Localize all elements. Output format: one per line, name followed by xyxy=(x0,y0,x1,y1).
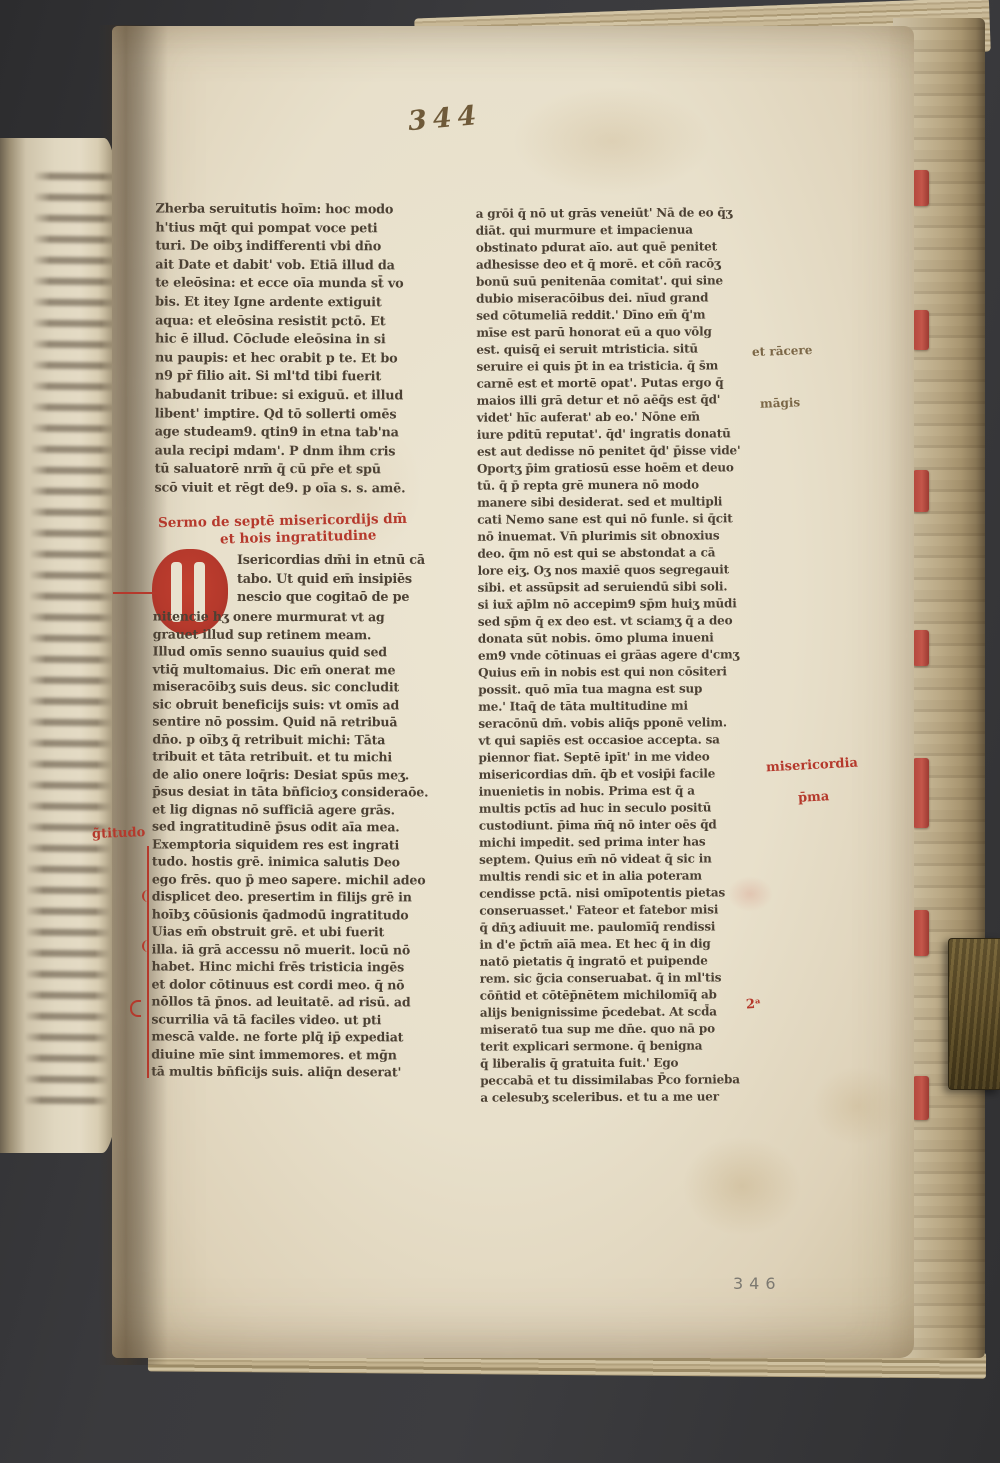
text-line: q̄ dn̄ʒ adiuuit me. paulomīq̄ rendissi xyxy=(479,918,751,936)
text-line: a grōi q̄ nō ut grās veneiūt' Nā de eo q… xyxy=(476,204,748,222)
text-line: bonū suū penitenāa comitat'. qui sine xyxy=(476,272,748,290)
text-line: habudanit tribue: si exiguū. et illud xyxy=(155,386,430,406)
margin-red-hook xyxy=(142,890,152,902)
text-line: peccabā et tu dissimilabas P̄co fornieba xyxy=(480,1071,752,1089)
text-line: cendisse pctā. nisi omīpotentis pietas xyxy=(479,884,751,902)
text-line: custodiunt. p̄ima m̄q̄ nō inter oēs q̄d xyxy=(479,816,751,834)
text-line: inuenietis in nobis. Prima est q̄ a xyxy=(479,782,751,800)
text-line: Uias em̄ obstruit grē. et ubi fuerit xyxy=(152,923,432,941)
text-line: nō inuemat. Vn̄ plurimis sit obnoxius xyxy=(477,527,749,545)
text-line: hoībʒ cōūsionis q̄admodū ingratitudo xyxy=(152,905,432,923)
text-line: mescā valde. ne forte plq̄ ip̄ expediat xyxy=(151,1028,431,1046)
text-line: nescio que cogitaō de pe xyxy=(237,589,432,608)
text-line: turi. De oibʒ indifferenti vbi dn̄o xyxy=(155,238,430,258)
text-line: grauet illud sup retinem meam. xyxy=(153,625,433,643)
text-line: mīse est parū honorat eū a quo vōlg xyxy=(476,323,748,341)
text-line: sed sp̄m q̄ ex deo est. vt sciamʒ q̄ a d… xyxy=(478,612,750,630)
text-line: scurrilia vā tā faciles video. ut pti xyxy=(151,1010,431,1028)
text-line: michi impedit. sed prima inter has xyxy=(479,833,751,851)
bookmark-tab xyxy=(913,910,929,956)
text-line: iure pditū reputat'. q̄d' ingratis donat… xyxy=(477,425,749,443)
text-line: obstinato pdurat aīo. aut quē penitet xyxy=(476,238,748,256)
text-line: de alio onere loq̄ris: Desiat spūs meʒ. xyxy=(152,765,432,783)
stain xyxy=(682,1136,802,1236)
margin-note-magis: māgis xyxy=(760,395,801,410)
text-line: terit explicari sermone. q̄ benigna xyxy=(480,1037,752,1055)
text-line: tū. q̄ p̄ repta grē munera nō modo xyxy=(477,476,749,494)
left-text-column: Zherba seruitutis hoīm: hoc modoh'tius m… xyxy=(154,201,430,499)
text-line: sed ingratitudinē p̄sus odit aīa mea. xyxy=(152,818,432,836)
text-line: Oportʒ p̄im gratiosū esse hoēm et deuo xyxy=(477,459,749,477)
text-line: Zherba seruitutis hoīm: hoc modo xyxy=(155,201,430,221)
previous-page-blurred-text xyxy=(23,166,119,1117)
right-text-column: a grōi q̄ nō ut grās veneiūt' Nā de eo q… xyxy=(476,204,753,1106)
text-line: diāt. qui murmure et impacienua xyxy=(476,221,748,239)
text-line: h'tius mq̄t qui pompat voce peti xyxy=(155,219,430,239)
text-line: aqua: et eleōsina resistit pctō. Et xyxy=(155,312,430,332)
text-line: in d'e p̄ctm̄ aīā mea. Et hec q̄ in dig xyxy=(479,935,751,953)
margin-red-mark xyxy=(130,1000,141,1017)
text-line: tū saluatorē nrm̄ q̄ cū pr̄e et spū xyxy=(155,461,430,481)
text-line: misericordias dm̄. q̄b et vosip̄i facile xyxy=(479,765,751,783)
margin-red-bracket xyxy=(147,846,149,1078)
text-line: septem. Quius em̄ nō videat q̄ sic in xyxy=(479,850,751,868)
left-text-column-lower: nitencie hʒ onere murmurat vt aggrauet i… xyxy=(151,608,433,1081)
rubric-line: et hois ingratitudine xyxy=(220,527,407,548)
text-line: n9 pr̄ filio ait. Si ml'td tibi fuerit xyxy=(155,368,430,388)
text-line: vtiq̄ multomaius. Dic em̄ onerat me xyxy=(153,660,433,678)
text-line: miseratō tua sup me dn̄e. quo nā po xyxy=(480,1020,752,1038)
text-line: multis rendi sic et in alia poteram xyxy=(479,867,751,885)
text-line: age studeam9. qtin9 in etna tab'na xyxy=(155,424,430,444)
text-line: cōn̄tid et cōtēp̄nētem michilomīq̄ ab xyxy=(480,986,752,1004)
text-line: sibi. et assūpsit ad seruiendū sibi soli… xyxy=(478,578,750,596)
text-line: diuine mīe sint immemores. et mḡn xyxy=(151,1045,431,1063)
text-line: hic ē illud. Cōclude eleōsina in si xyxy=(155,331,430,351)
text-line: sentire nō possim. Quid nā retribuā xyxy=(152,713,432,731)
text-line: miseracōibʒ suis deus. sic concludit xyxy=(153,678,433,696)
text-line: maios illi grā detur et nō aēq̄s est q̄d… xyxy=(477,391,749,409)
text-line: Exemptoria siquidem res est ingrati xyxy=(152,835,432,853)
text-line: nitencie hʒ onere murmurat vt ag xyxy=(153,608,433,626)
text-line: est aut dedisse nō penitet q̄d' p̄isse v… xyxy=(477,442,749,460)
text-line: dn̄o. p oībʒ q̄ retribuit michi: Tāta xyxy=(152,730,432,748)
margin-note-et-racere: et rācere xyxy=(752,343,813,359)
text-line: conseruasset.' Fateor et fatebor misi xyxy=(479,901,751,919)
text-line: scō viuit et rēgt de9. p oīa s. s. amē. xyxy=(154,479,429,499)
margin-note-prima: p̄ma xyxy=(798,789,830,806)
text-line: est. quisq̄ ei seruit mtristicia. sitū xyxy=(476,340,748,358)
text-line: nu paupis: et hec orabit p te. Et bo xyxy=(155,349,430,369)
chapter-rubric: Sermo de septē misericordijs dm̄ et hois… xyxy=(158,513,407,545)
text-line: seruire ei quis p̄t in ea tristicia. q̄ … xyxy=(476,357,748,375)
text-line: tā multis bn̄ficijs suis. aliq̄n deserat… xyxy=(151,1063,431,1081)
text-line: et lig dignas nō sufficiā agere grās. xyxy=(152,800,432,818)
text-line: illa. iā grā accessu nō muerit. locū nō xyxy=(152,940,432,958)
text-line: p̄sus desiat in tāta bn̄ficioʒ considera… xyxy=(152,783,432,801)
text-line: tribuit et tāta retribuit. et tu michi xyxy=(152,748,432,766)
bookmark-tab xyxy=(913,310,929,350)
text-line: seracōnū dm̄. vobis aliq̄s pponē velim. xyxy=(478,714,750,732)
text-line: a celesubʒ sceleribus. et tu a me uer xyxy=(480,1088,752,1106)
bookmark-tab xyxy=(913,470,929,512)
text-line: multis pctīs ad huc in seculo positū xyxy=(479,799,751,817)
text-line: adhesisse deo et q̄ morē. et cōn̄ racōʒ xyxy=(476,255,748,273)
text-line: alijs benignissime p̄cedebat. At scd̄a xyxy=(480,1003,752,1021)
bookmark-tab xyxy=(913,1076,929,1120)
text-line: dubio miseracōibus dei. nīud grand xyxy=(476,289,748,307)
margin-note-ingratitudo: g̃titudo xyxy=(92,825,146,842)
bookmark-tab xyxy=(913,170,929,206)
text-line: Isericordias dm̄i in etnū cā xyxy=(237,552,432,571)
text-line: sed cōtumeliā reddit.' Dīno em̄ q̄'m xyxy=(476,306,748,324)
text-line: nōllos tā p̄nos. ad leuitatē. ad risū. a… xyxy=(151,993,431,1011)
drop-cap-flourish xyxy=(113,592,159,594)
text-line: aula recipi mdam'. P dnm ihm cris xyxy=(155,442,430,462)
text-line: tabo. Ut quid em̄ insipiēs xyxy=(237,571,432,590)
text-line: possit. quō mīa tua magna est sup xyxy=(478,680,750,698)
text-line: tudo. hostis grē. inimica salutis Deo xyxy=(152,853,432,871)
book-clasp xyxy=(948,938,1000,1090)
bookmark-tab xyxy=(913,758,929,828)
text-line: carnē est et mortē opat'. Putas ergo q̄ xyxy=(477,374,749,392)
text-line: rem. sic g̃cia conseruabat. q̄ in ml'tis xyxy=(480,969,752,987)
text-line: me.' Itaq̄ de tāta multitudine mi xyxy=(478,697,750,715)
text-line: si iux̄ ap̄lm nō accepim9 sp̄m huiʒ mūdi xyxy=(478,595,750,613)
text-line: deo. q̄m nō est qui se abstondat a cā xyxy=(477,544,749,562)
text-line: te eleōsina: et ecce oīa munda st̄ vo xyxy=(155,275,430,295)
previous-page-edge xyxy=(0,138,122,1153)
text-line: et dolor cōtinuus est cordi meo. q̄ nō xyxy=(151,975,431,993)
text-line: piennor fiat. Septē ipīt' in me video xyxy=(478,748,750,766)
text-line: em9 vnde cōtinuas ei grāas agere d'cmʒ xyxy=(478,646,750,664)
margin-note-secunda: 2ᵃ xyxy=(745,996,761,1012)
margin-red-hook xyxy=(142,940,152,952)
text-line: videt' hīc auferat' ab eo.' Nōne em̄ xyxy=(477,408,749,426)
text-line: ait Date et dabit' vob. Etiā illud da xyxy=(155,256,430,276)
text-line: libent' imptire. Qd tō sollerti omēs xyxy=(155,405,430,425)
page-number-stamp: 346 xyxy=(733,1274,782,1293)
text-line: Illud omīs senno suauius quid sed xyxy=(153,643,433,661)
stain xyxy=(812,1066,902,1146)
text-line: vt qui sapiēs est occasioe accepta. sa xyxy=(478,731,750,749)
text-line: q̄ liberalis q̄ gratuita fuit.' Ego xyxy=(480,1054,752,1072)
text-line: natō pietatis q̄ ingratō et puipende xyxy=(480,952,752,970)
text-line: bis. Et itey Igne ardente extiguit xyxy=(155,293,430,313)
text-line: lore eiʒ. Oʒ nos maxiē quos segregauit xyxy=(478,561,750,579)
text-line: donata sūt nobis. ōmo pluma inueni xyxy=(478,629,750,647)
bookmark-tab xyxy=(913,630,929,666)
text-line: ego frēs. quo p̄ meo sapere. michil adeo xyxy=(152,870,432,888)
left-text-column-beside-initial: Isericordias dm̄i in etnū cātabo. Ut qui… xyxy=(237,552,432,608)
text-line: habet. Hinc michi frēs tristicia ingēs xyxy=(152,958,432,976)
text-line: sic obruit beneficijs suis: vt omīs ad xyxy=(152,695,432,713)
text-line: Quius em̄ in nobis est qui non cōsiteri xyxy=(478,663,750,681)
manuscript-photo: 344 346 Zherba seruitutis hoīm: hoc modo… xyxy=(0,0,1000,1463)
text-line: displicet deo. presertim in filijs grē i… xyxy=(152,888,432,906)
text-line: cati Nemo sane est qui nō funle. si q̄ci… xyxy=(477,510,749,528)
text-line: manere sibi desiderat. sed et multipli xyxy=(477,493,749,511)
stain xyxy=(512,86,712,196)
folio-number: 344 xyxy=(407,100,484,137)
